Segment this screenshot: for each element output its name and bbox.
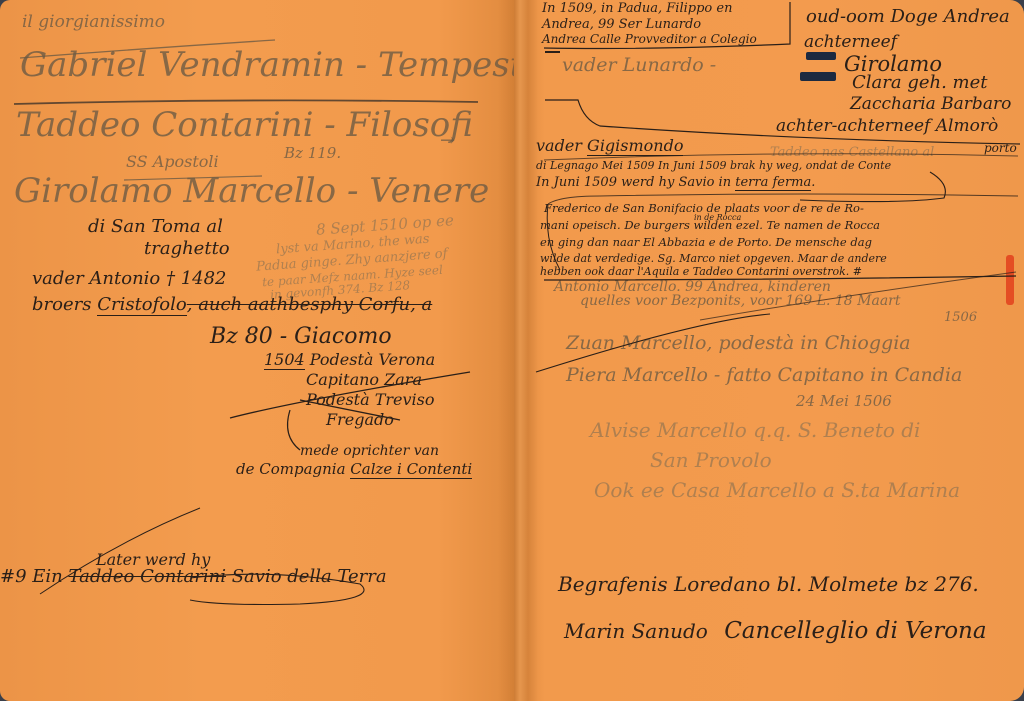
san-provolo-line: San Provolo [650,450,772,470]
paragraph-line-5: hebben ook daar l'Aquila e Taddeo Contar… [540,266,862,277]
cofounder-line: mede oprichter van [300,444,439,458]
year-1506: 1506 [944,311,977,324]
piera-marcello-line: Piera Marcello - fatto Capitano in Candi… [566,366,962,385]
arrow-icon: → [440,132,455,150]
blue-marker-stroke-2 [800,72,836,81]
almoro-line: achter-achterneef Almorò [776,118,998,135]
capitano-line: Capitano Zara [306,372,422,388]
casa-marcello-line: Ook ee Casa Marcello a S.ta Marina [594,480,960,500]
zuan-marcello-line: Zuan Marcello, podestà in Chioggia [566,334,911,353]
porto-note: porto [984,142,1017,154]
legnago-line: di Legnago Mei 1509 In Juni 1509 brak hy… [536,160,891,171]
red-marker-stroke [1006,255,1014,305]
compagnia-line: de Compagnia Calze i Contenti [236,462,472,477]
heading-note: il giorgianissimo [22,14,165,31]
savio-prefix: Ein [32,566,68,587]
gigismondo-line: vader Gigismondo [536,138,683,154]
parish-note: SS Apostoli [126,154,219,170]
savio-terraferma-line: In Juni 1509 werd hy Savio in terra ferm… [536,176,815,189]
compagnia-label: de Compagnia [236,460,350,478]
podesta-verona: Podestà Verona [305,350,436,369]
reference-note: Bz 119. [284,146,341,161]
brothers-line: broers Cristofolo, auch aathbesphy Corfu… [32,296,432,314]
left-notebook-page: il giorgianissimo Gabriel Vendramin - Te… [0,0,514,701]
entry-marcello: Girolamo Marcello - Venere [14,174,489,208]
savio-line: #9 Ein Taddeo Contarini Savio della Terr… [0,568,387,586]
giacomo-line: Bz 80 - Giacomo [210,326,392,348]
blue-marker-stroke-1 [806,52,836,60]
father-line: vader Antonio † 1482 [32,270,227,288]
boxed-note-line-3: Andrea Calle Provveditor a Colegio [542,33,757,45]
terraferma-text: terra ferma [735,175,811,191]
right-notebook-page: In 1509, in Padua, Filippo en Andrea, 99… [514,0,1024,701]
sanudo-line: Marin Sanudo Cancelleglio di Verona [564,620,987,643]
castellano-note: Taddeo nas Castellano al [770,146,934,159]
zaccharia-line: Zaccharia Barbaro [850,96,1011,113]
antonio-line: Antonio Marcello. 99 Andrea, kinderen [554,280,831,294]
struck-name: Taddeo Contarini [69,566,226,587]
date-line: 24 Mei 1506 [796,394,892,409]
boxed-note-line-2: Andrea, 99 Ser Lunardo [542,18,701,31]
sanudo-name: Marin Sanudo [564,619,708,643]
quelles-line: quelles voor Bezponits, voor 169 L. 18 M… [580,294,900,308]
paragraph-line-4: wilde dat verdedige. Sg. Marco niet opge… [540,253,887,264]
boxed-note-line-1: In 1509, in Padua, Filippo en [542,2,732,15]
year-1504: 1504 [264,350,305,370]
paragraph-line-3: en ging dan naar El Abbazia e de Porto. … [540,237,872,249]
father-lunardo: vader Lunardo - [562,56,716,75]
brothers-detail: , auch aathbesphy Corfu, a [187,294,433,315]
treviso-line: Podestà Treviso [306,392,435,408]
period: . [811,175,815,190]
fregado-line: Fregado [326,412,394,428]
achterneef-line: achterneef [804,34,897,51]
entry-vendramin: Gabriel Vendramin - Tempesta [20,48,514,82]
podesta-line: 1504 Podestà Verona [264,352,435,368]
gigismondo-name: Gigismondo [587,136,683,156]
doge-line: oud-oom Doge Andrea [806,8,1010,26]
location-line-1: di San Toma al [88,218,223,236]
cancelleglio-text: Cancelleglio di Verona [724,618,986,644]
brother-name: Cristofolo [97,294,187,316]
note-number: #9 [0,566,27,587]
alvise-marcello-line: Alvise Marcello q.q. S. Beneto di [590,420,920,440]
location-line-2: traghetto [144,240,230,258]
paragraph-line-2: mani opeisch. De burgers wilden ezel. Te… [540,220,880,232]
father-label: vader [536,136,587,155]
savio-title: Savio della Terra [232,566,387,587]
begrafenis-line: Begrafenis Loredano bl. Molmete bz 276. [558,574,979,594]
brothers-label: broers [32,294,91,315]
clara-line: Clara geh. met [852,74,987,92]
savio-text: In Juni 1509 werd hy Savio in [536,175,735,190]
entry-contarini: Taddeo Contarini - Filosofi [16,108,473,142]
compagnia-name: Calze i Contenti [350,460,472,479]
